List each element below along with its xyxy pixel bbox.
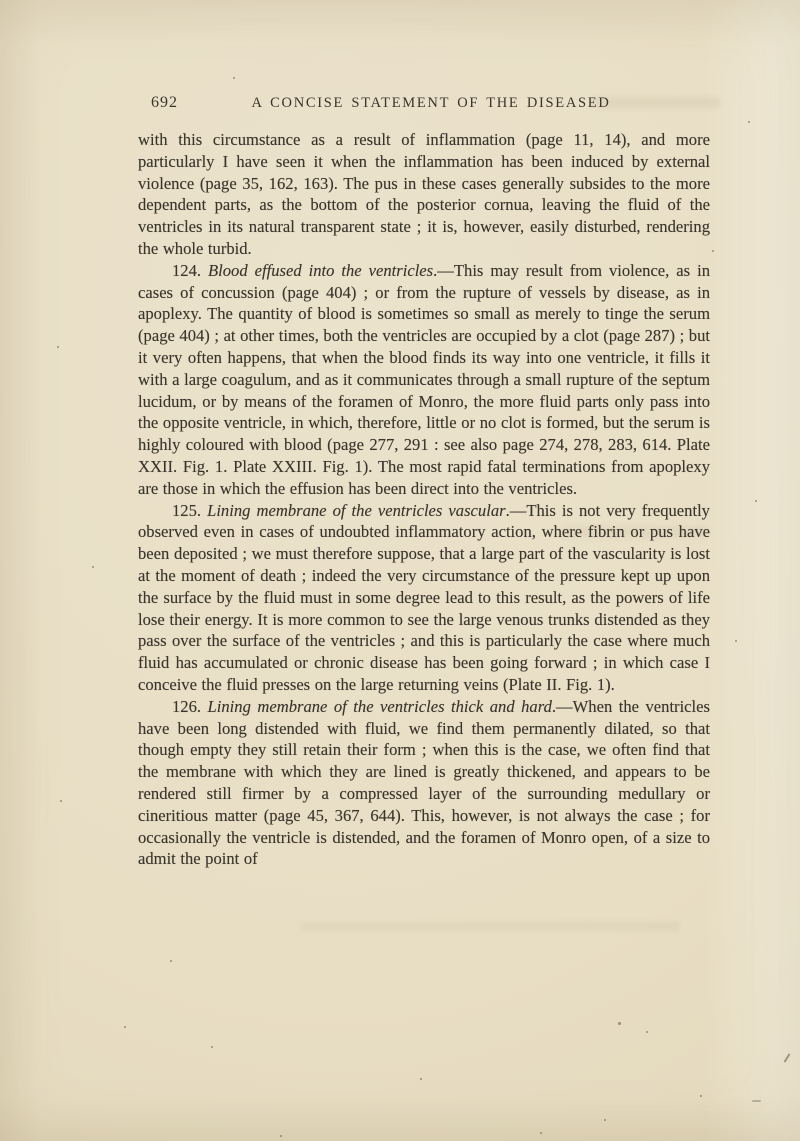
body-text: .—This may result from violence, as in c… [138,261,710,498]
paragraph: with this circumstance as a result of in… [138,129,710,260]
book-page: 692 A CONCISE STATEMENT OF THE DISEASED … [0,0,800,1141]
paper-speck [60,800,62,802]
paper-speck [604,1119,606,1121]
paper-speck [211,1046,213,1048]
paper-speck [280,1135,282,1137]
section-title: Lining membrane of the ventricles thick … [208,697,552,716]
paper-speck [540,1132,542,1134]
body-text: 124. [172,261,208,280]
paper-speck [57,346,59,348]
show-through-smudge [592,97,720,108]
body-text: .—When the ventricles have been long dis… [138,697,710,869]
paper-speck [748,121,750,123]
paper-speck [124,1026,126,1028]
section-title: Blood effused into the ventricles [208,261,433,280]
paper-speck [755,500,757,502]
paper-speck [618,1022,621,1025]
paper-speck [170,960,172,962]
show-through-smudge [560,527,710,537]
paper-speck [646,1031,648,1033]
pen-mark [752,1100,761,1102]
pen-mark [784,1053,791,1063]
paper-speck [92,566,94,568]
section-title: Lining membrane of the ventricles vascul… [207,501,505,520]
body-text: 125. [172,501,207,520]
paper-speck [233,77,235,79]
body-text: with this circumstance as a result of in… [138,130,710,258]
paper-speck [420,1078,422,1080]
show-through-smudge [300,922,680,931]
paragraph: 124. Blood effused into the ventricles.—… [138,260,710,500]
paper-speck [735,640,737,642]
paper-speck [712,250,714,252]
paragraph: 126. Lining membrane of the ventricles t… [138,696,710,870]
body-text: 126. [172,697,208,716]
text-block: with this circumstance as a result of in… [138,129,710,870]
paper-speck [700,1095,702,1097]
